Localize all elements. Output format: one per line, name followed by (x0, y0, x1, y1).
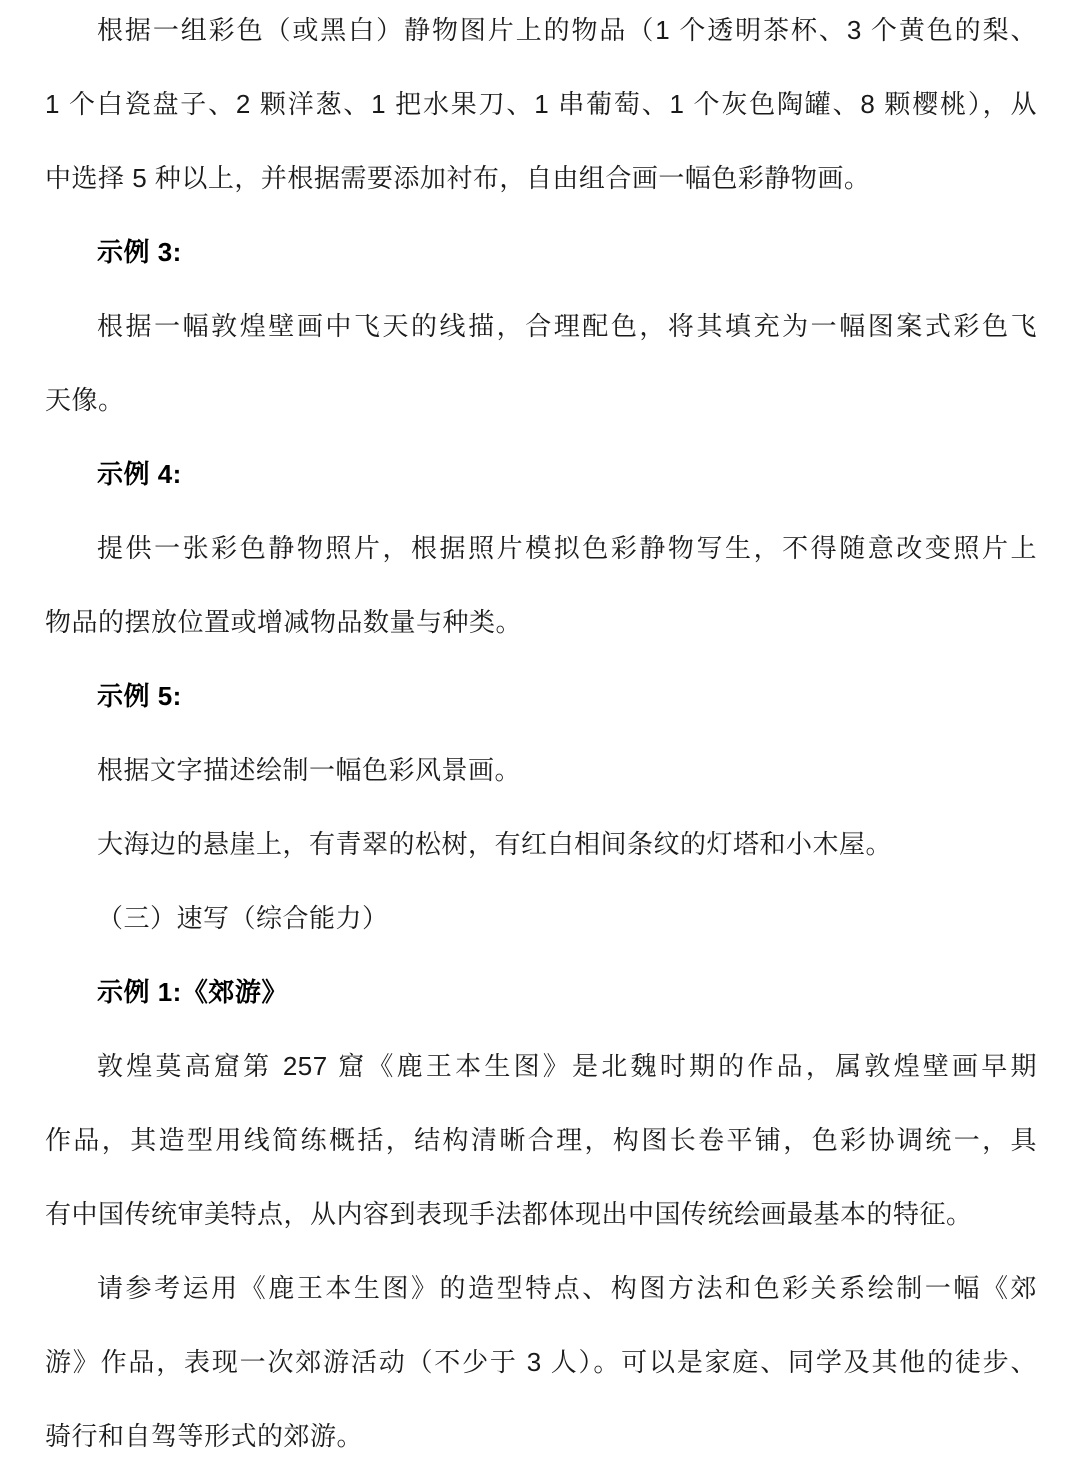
text-line: 敦煌莫高窟第 257 窟《鹿王本生图》是北魏时期的作品，属敦煌壁画早期 (45, 1029, 1037, 1103)
text-line: 根据文字描述绘制一幅色彩风景画。 (45, 733, 1037, 807)
heading-line: 示例 1:《郊游》 (45, 955, 1037, 1029)
text-line: 有中国传统审美特点，从内容到表现手法都体现出中国传统绘画最基本的特征。 (45, 1177, 1037, 1251)
text-line: 1 个白瓷盘子、2 颗洋葱、1 把水果刀、1 串葡萄、1 个灰色陶罐、8 颗樱桃… (45, 67, 1037, 141)
heading-line: 示例 5: (45, 659, 1037, 733)
text-line: 大海边的悬崖上，有青翠的松树，有红白相间条纹的灯塔和小木屋。 (45, 807, 1037, 881)
heading-line: 示例 4: (45, 437, 1037, 511)
document-page: 根据一组彩色（或黑白）静物图片上的物品（1 个透明茶杯、3 个黄色的梨、1 个白… (0, 0, 1080, 1473)
text-line: 中选择 5 种以上，并根据需要添加衬布，自由组合画一幅色彩静物画。 (45, 141, 1037, 215)
text-line: 提供一张彩色静物照片，根据照片模拟色彩静物写生，不得随意改变照片上 (45, 511, 1037, 585)
text-line: （三）速写（综合能力） (45, 881, 1037, 955)
text-line: 根据一组彩色（或黑白）静物图片上的物品（1 个透明茶杯、3 个黄色的梨、 (45, 0, 1037, 67)
text-line: 根据一幅敦煌壁画中飞天的线描，合理配色，将其填充为一幅图案式彩色飞 (45, 289, 1037, 363)
text-line: 作品，其造型用线简练概括，结构清晰合理，构图长卷平铺，色彩协调统一，具 (45, 1103, 1037, 1177)
text-line: 骑行和自驾等形式的郊游。 (45, 1399, 1037, 1473)
text-line: 游》作品，表现一次郊游活动（不少于 3 人）。可以是家庭、同学及其他的徒步、 (45, 1325, 1037, 1399)
document-body: 根据一组彩色（或黑白）静物图片上的物品（1 个透明茶杯、3 个黄色的梨、1 个白… (45, 0, 1037, 1473)
text-line: 请参考运用《鹿王本生图》的造型特点、构图方法和色彩关系绘制一幅《郊 (45, 1251, 1037, 1325)
text-line: 天像。 (45, 363, 1037, 437)
text-line: 物品的摆放位置或增减物品数量与种类。 (45, 585, 1037, 659)
heading-line: 示例 3: (45, 215, 1037, 289)
